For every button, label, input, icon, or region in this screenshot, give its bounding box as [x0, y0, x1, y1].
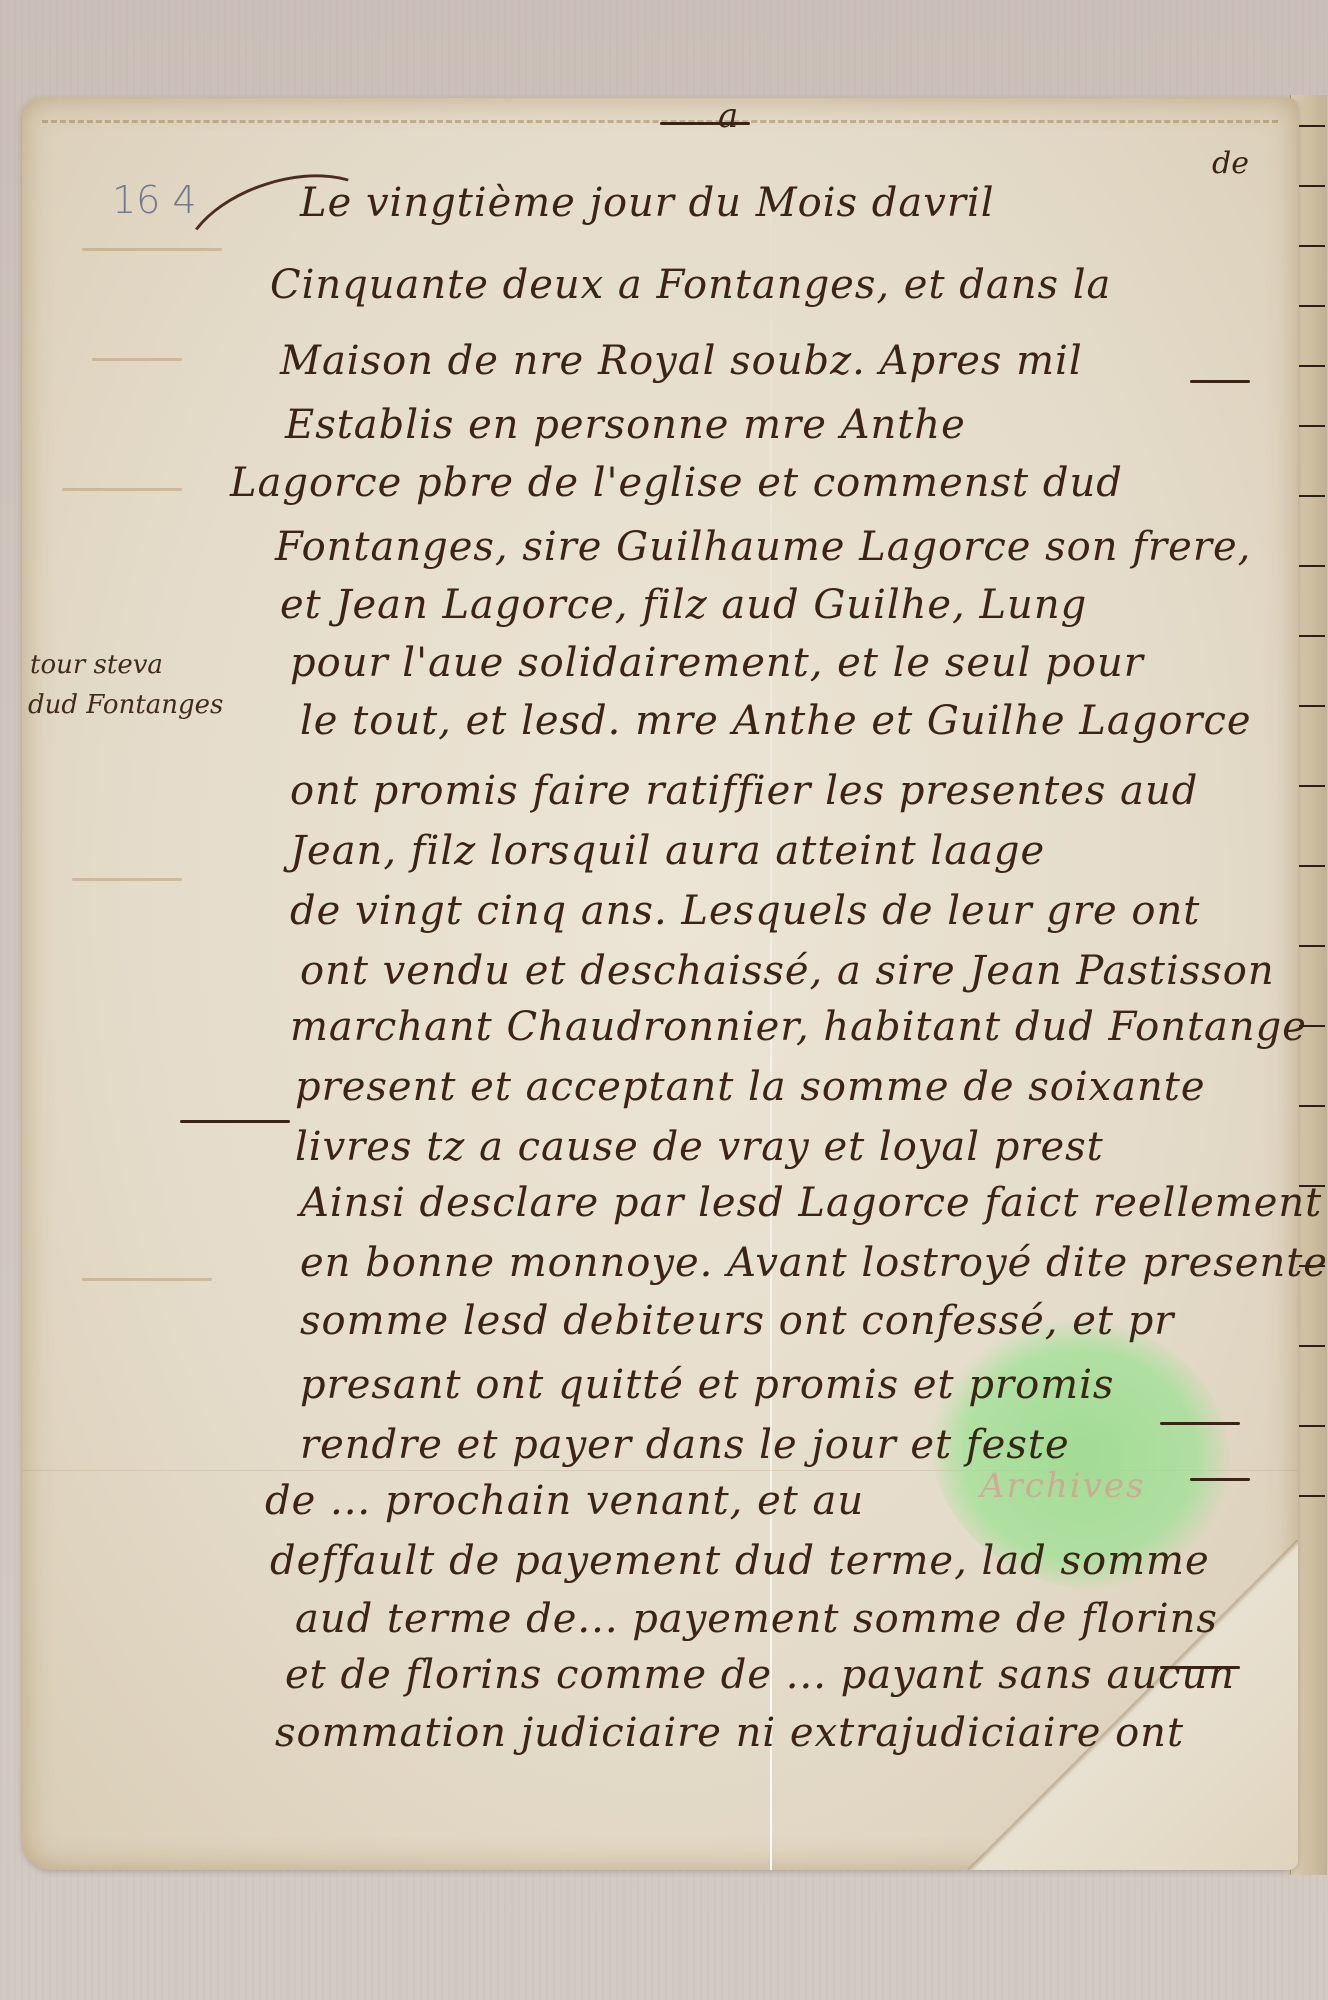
ruled-tick	[1299, 635, 1325, 637]
manuscript-line: Ainsi desclare par lesd Lagorce faict re…	[300, 1180, 1322, 1226]
ruled-tick	[1299, 565, 1325, 567]
manuscript-line: sommation judiciaire ni extrajudiciaire …	[275, 1710, 1184, 1756]
manuscript-line: aud terme de... payement somme de florin…	[295, 1596, 1218, 1642]
folded-corner	[968, 1540, 1298, 1870]
manuscript-line: Lagorce pbre de l'eglise et commenst dud	[230, 460, 1123, 506]
manuscript-line: Jean, filz lorsquil aura atteint laage	[290, 828, 1045, 874]
ruled-tick	[1299, 425, 1325, 427]
manuscript-line: ont promis faire ratiffier les presentes…	[290, 768, 1198, 814]
manuscript-line: Establis en personne mre Anthe	[285, 402, 966, 448]
manuscript-line: Fontanges, sire Guilhaume Lagorce son fr…	[275, 524, 1251, 570]
manuscript-line: marchant Chaudronnier, habitant dud Font…	[290, 1004, 1307, 1050]
manuscript-line: presant ont quitté et promis et promis	[300, 1362, 1114, 1408]
manuscript-line: ont vendu et deschaissé, a sire Jean Pas…	[300, 948, 1275, 994]
bleed-through-stroke	[62, 488, 182, 491]
ruled-tick	[1299, 705, 1325, 707]
manuscript-line: et Jean Lagorce, filz aud Guilhe, Lung	[280, 582, 1087, 628]
manuscript-line: de ... prochain venant, et au	[265, 1478, 864, 1524]
manuscript-line: somme lesd debiteurs ont confessé, et pr	[300, 1298, 1174, 1344]
manuscript-line: present et acceptant la somme de soixant…	[295, 1064, 1206, 1110]
manuscript-line: rendre et payer dans le jour et feste	[300, 1422, 1070, 1468]
archive-stamp: Archives	[980, 1466, 1145, 1506]
ruled-tick	[1299, 365, 1325, 367]
manuscript-line: le tout, et lesd. mre Anthe et Guilhe La…	[300, 698, 1252, 744]
ruled-tick	[1299, 495, 1325, 497]
ruled-tick	[1299, 785, 1325, 787]
manuscript-line: Le vingtième jour du Mois davril	[300, 180, 995, 226]
top-right-mark: de	[1212, 146, 1249, 181]
top-edge-stain	[42, 106, 1278, 123]
line-fill-dash	[1160, 1666, 1240, 1669]
top-center-mark: a	[718, 96, 738, 136]
manuscript-line: de vingt cinq ans. Lesquels de leur gre …	[290, 888, 1200, 934]
ruled-tick	[1299, 125, 1325, 127]
manuscript-line: Maison de nre Royal soubz. Apres mil	[280, 338, 1083, 384]
manuscript-line: en bonne monnoye. Avant lostroyé dite pr…	[300, 1240, 1328, 1286]
ruled-tick	[1299, 865, 1325, 867]
manuscript-line: livres tz a cause de vray et loyal prest	[295, 1124, 1104, 1170]
line-fill-dash	[180, 1120, 290, 1123]
ruled-tick	[1299, 305, 1325, 307]
margin-note: dud Fontanges	[28, 690, 223, 720]
manuscript-line: Cinquante deux a Fontanges, et dans la	[270, 262, 1111, 308]
margin-note: tour steva	[30, 650, 163, 680]
folio-number: 16 4	[112, 178, 197, 222]
line-fill-dash	[1190, 1478, 1250, 1481]
ruled-tick	[1299, 1495, 1325, 1497]
top-dash	[660, 122, 750, 125]
bleed-through-stroke	[92, 358, 182, 361]
line-fill-dash	[1190, 380, 1250, 383]
bleed-through-stroke	[82, 1278, 212, 1281]
manuscript-line: pour l'aue solidairement, et le seul pou…	[290, 640, 1144, 686]
bleed-through-stroke	[72, 878, 182, 881]
ruled-tick	[1299, 245, 1325, 247]
ruled-tick	[1299, 1425, 1325, 1427]
line-fill-dash	[1160, 1422, 1240, 1425]
ruled-tick	[1299, 185, 1325, 187]
ruled-tick	[1299, 1105, 1325, 1107]
ruled-tick	[1299, 945, 1325, 947]
ruled-tick	[1299, 1345, 1325, 1347]
manuscript-line: deffault de payement dud terme, lad somm…	[270, 1538, 1210, 1584]
manuscript-line: et de florins comme de ... payant sans a…	[285, 1652, 1235, 1698]
